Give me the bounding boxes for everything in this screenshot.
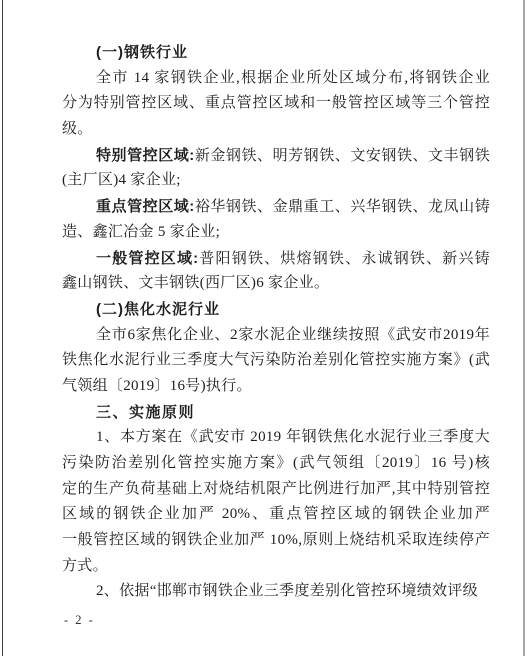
text-run: 气领组〔2019〕16号)执行。: [62, 378, 252, 394]
text-line: 区域的钢铁企业加严 20%、重点管控区域的钢铁企业加严 15%、: [62, 502, 490, 528]
text-line: (主厂区)4 家企业;: [62, 168, 490, 194]
scan-edge-left-line: [2, 0, 3, 656]
text-run: (主厂区)4 家企业;: [62, 172, 181, 188]
text-line: 特别管控区域:新金钢铁、明芳钢铁、文安钢铁、文丰钢铁: [62, 143, 490, 169]
text-line: 分为特别管控区域、重点管控区域和一般管控区域等三个管控等: [62, 91, 490, 117]
bold-label-run: (一)钢铁行业: [96, 44, 188, 61]
text-run: 级。: [62, 121, 93, 137]
bold-label-run: 三、实施原则: [96, 404, 195, 421]
text-line: 定的生产负荷基础上对烧结机限产比例进行加严,其中特别管控: [62, 477, 490, 503]
text-line: 造、鑫汇冶金 5 家企业;: [62, 220, 490, 246]
text-run: 造、鑫汇冶金 5 家企业;: [62, 224, 220, 240]
text-run: 定的生产负荷基础上对烧结机限产比例进行加严,其中特别管控: [62, 481, 490, 497]
text-line: 鑫山钢铁、文丰钢铁(西厂区)6 家企业。: [62, 271, 490, 297]
text-run: 全市6家焦化企业、2家水泥企业继续按照《武安市2019年钢: [62, 327, 490, 349]
text-run: 鑫山钢铁、文丰钢铁(西厂区)6 家企业。: [62, 275, 329, 291]
text-line: 全市6家焦化企业、2家水泥企业继续按照《武安市2019年钢: [62, 323, 490, 349]
section-heading: 三、实施原则: [62, 400, 490, 426]
page-number: - 2 -: [64, 613, 95, 628]
text-line: 污染防治差别化管控实施方案》(武气领组〔2019〕16 号)核: [62, 451, 490, 477]
text-line: 一般管控区域:普阳钢铁、烘熔钢铁、永诚钢铁、新兴铸管、: [62, 246, 490, 272]
document-page: (一)钢铁行业全市 14 家钢铁企业,根据企业所处区域分布,将钢铁企业分为特别管…: [0, 0, 529, 656]
text-run: 铁焦化水泥行业三季度大气污染防治差别化管控实施方案》(武: [62, 352, 490, 368]
text-run: 区域的钢铁企业加严 20%、重点管控区域的钢铁企业加严 15%、: [62, 506, 490, 528]
text-line: 重点管控区域:裕华钢铁、金鼎重工、兴华钢铁、龙凤山铸: [62, 194, 490, 220]
text-line: 2、依据“邯郸市钢铁企业三季度差别化管控环境绩效评级: [62, 579, 490, 605]
text-line: 气领组〔2019〕16号)执行。: [62, 374, 490, 400]
scan-edge-right-line: [523, 0, 525, 656]
bold-label-run: (二)焦化水泥行业: [96, 301, 220, 318]
document-body: (一)钢铁行业全市 14 家钢铁企业,根据企业所处区域分布,将钢铁企业分为特别管…: [62, 40, 490, 605]
bold-label-run: 一般管控区域:: [96, 250, 198, 267]
text-line: 1、本方案在《武安市 2019 年钢铁焦化水泥行业三季度大气: [62, 425, 490, 451]
text-run: 一般管控区域的钢铁企业加严 10%,原则上烧结机采取连续停产: [62, 532, 490, 548]
text-run: 分为特别管控区域、重点管控区域和一般管控区域等三个管控等: [62, 95, 490, 117]
text-line: 方式。: [62, 554, 490, 580]
text-run: 新金钢铁、明芳钢铁、文安钢铁、文丰钢铁: [195, 148, 490, 164]
text-line: 全市 14 家钢铁企业,根据企业所处区域分布,将钢铁企业: [62, 66, 490, 92]
text-run: 全市 14 家钢铁企业,根据企业所处区域分布,将钢铁企业: [96, 70, 490, 86]
text-run: 污染防治差别化管控实施方案》(武气领组〔2019〕16 号)核: [62, 455, 490, 471]
text-line: 铁焦化水泥行业三季度大气污染防治差别化管控实施方案》(武: [62, 348, 490, 374]
text-run: 裕华钢铁、金鼎重工、兴华钢铁、龙凤山铸: [195, 199, 490, 215]
text-run: 1、本方案在《武安市 2019 年钢铁焦化水泥行业三季度大气: [62, 429, 490, 451]
text-line: 一般管控区域的钢铁企业加严 10%,原则上烧结机采取连续停产: [62, 528, 490, 554]
section-heading: (二)焦化水泥行业: [62, 297, 490, 323]
text-run: 方式。: [62, 558, 108, 574]
bold-label-run: 特别管控区域:: [96, 147, 195, 164]
text-run: 2、依据“邯郸市钢铁企业三季度差别化管控环境绩效评级: [96, 583, 478, 599]
section-heading: (一)钢铁行业: [62, 40, 490, 66]
bold-label-run: 重点管控区域:: [96, 198, 195, 215]
text-line: 级。: [62, 117, 490, 143]
